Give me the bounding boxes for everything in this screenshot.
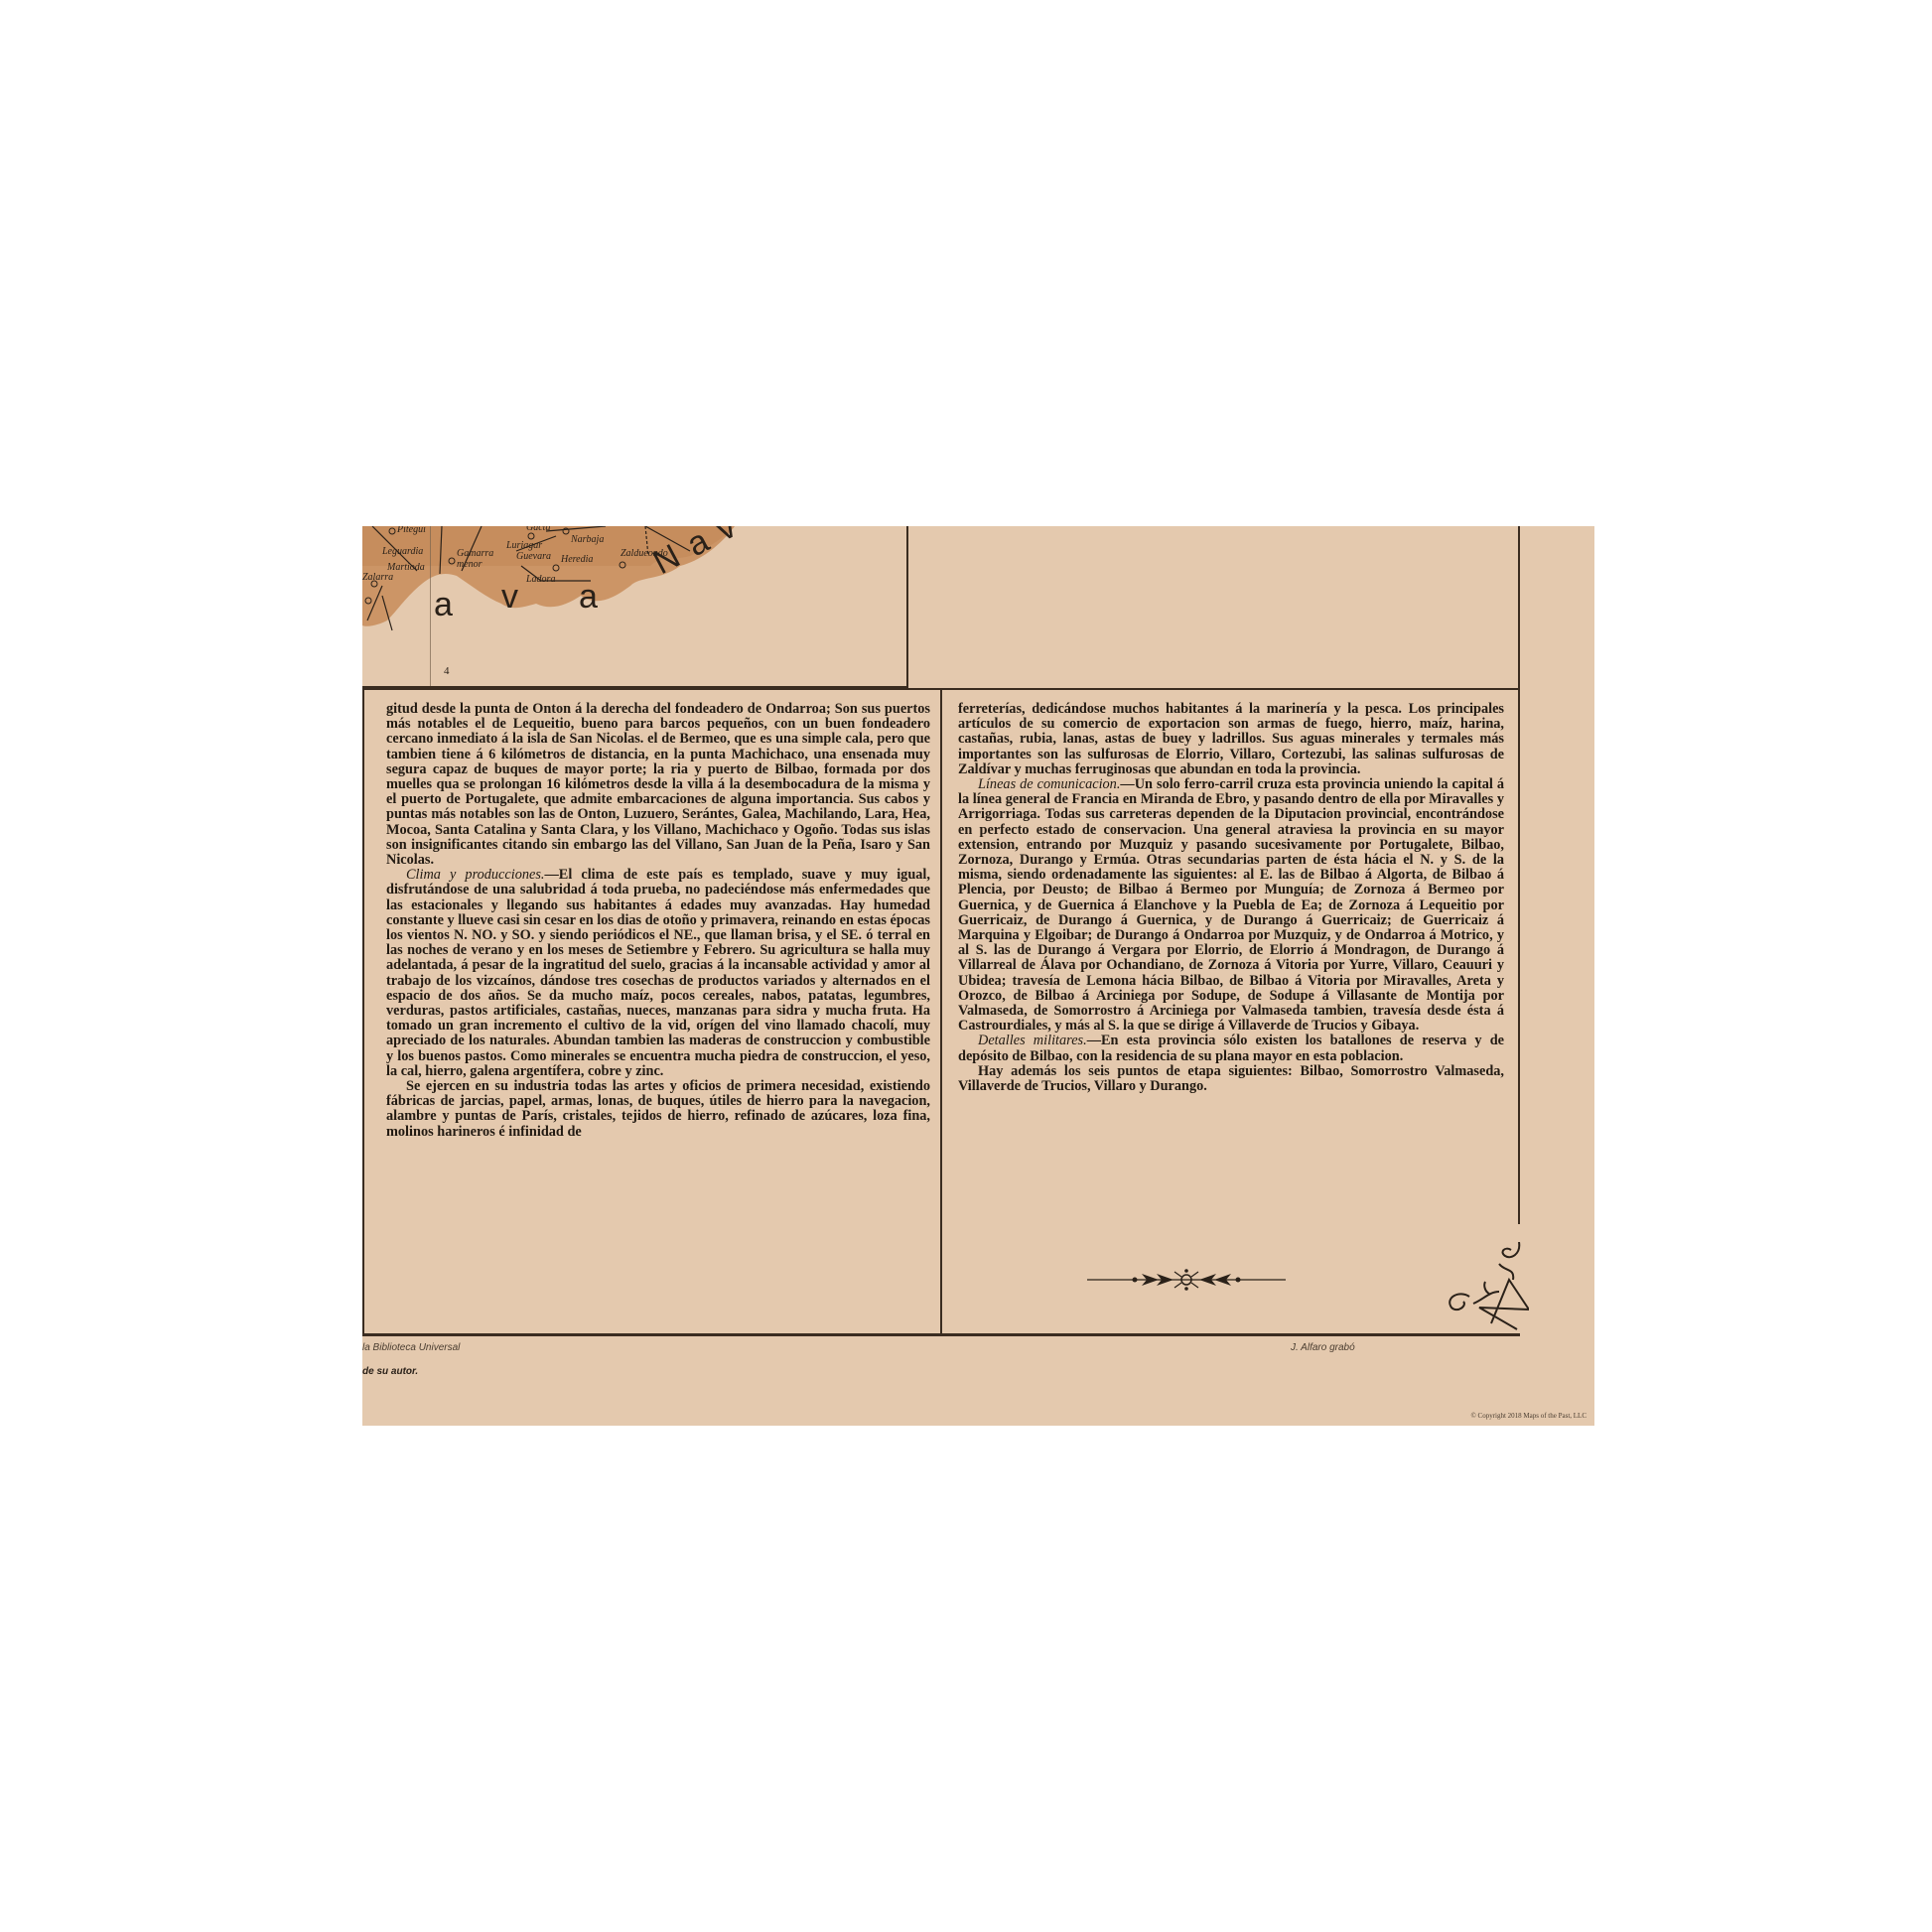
place-label: Gacta xyxy=(526,526,550,533)
place-label: Pitegui xyxy=(397,526,426,535)
grid-line xyxy=(430,526,431,688)
map-sheet: Pitegui Leguardia Martioda Zalarra Gamar… xyxy=(362,526,1594,1426)
paragraph: Se ejercen en su industria todas las art… xyxy=(386,1079,930,1140)
paragraph: Líneas de comunicacion.—Un solo ferro-ca… xyxy=(958,777,1504,1034)
ornament-divider-icon xyxy=(1087,1268,1286,1292)
region-letter: a xyxy=(434,586,453,624)
section-heading: Detalles militares. xyxy=(978,1033,1087,1048)
map-inset: Pitegui Leguardia Martioda Zalarra Gamar… xyxy=(362,526,908,688)
credit-text: de su autor. xyxy=(362,1366,418,1377)
paragraph: Hay además los seis puntos de etapa sigu… xyxy=(958,1064,1504,1094)
column-divider xyxy=(940,688,942,1335)
right-column: ferreterías, dedicándose muchos habitant… xyxy=(958,702,1504,1094)
region-letter: v xyxy=(501,578,518,617)
place-label: Guevara xyxy=(516,551,551,562)
place-label: Ladora xyxy=(526,574,555,585)
paragraph: gitud desde la punta de Onton á la derec… xyxy=(386,702,930,868)
place-label: Leguardia xyxy=(382,546,423,557)
place-label: Luriagar xyxy=(506,540,542,551)
blank-panel xyxy=(911,526,1519,688)
engraver-credit: J. Alfaro grabó xyxy=(1291,1342,1355,1353)
grid-number: 4 xyxy=(444,665,450,677)
paragraph: Detalles militares.—En esta provincia só… xyxy=(958,1034,1504,1063)
frame-border xyxy=(1518,688,1520,1224)
region-letter: a xyxy=(579,578,598,617)
frame-border xyxy=(362,1333,1520,1336)
place-label: Zalarra xyxy=(362,572,393,583)
paragraph: Clima y producciones.—El clima de este p… xyxy=(386,868,930,1079)
section-heading: Líneas de comunicacion. xyxy=(978,776,1120,792)
left-column: gitud desde la punta de Onton á la derec… xyxy=(386,702,930,1140)
text-panel: gitud desde la punta de Onton á la derec… xyxy=(362,688,1520,1335)
section-heading: Clima y producciones. xyxy=(406,867,545,883)
corner-flourish-icon xyxy=(1440,1242,1529,1331)
copyright-notice: © Copyright 2018 Maps of the Past, LLC xyxy=(1470,1412,1587,1420)
credit-text: la Biblioteca Universal xyxy=(362,1342,460,1353)
map-border xyxy=(906,526,908,688)
place-label: Heredia xyxy=(561,554,593,565)
place-label: Narbaja xyxy=(571,534,604,545)
frame-border xyxy=(362,688,364,1335)
paragraph: ferreterías, dedicándose muchos habitant… xyxy=(958,702,1504,777)
place-label: Gamarra menor xyxy=(457,548,501,570)
